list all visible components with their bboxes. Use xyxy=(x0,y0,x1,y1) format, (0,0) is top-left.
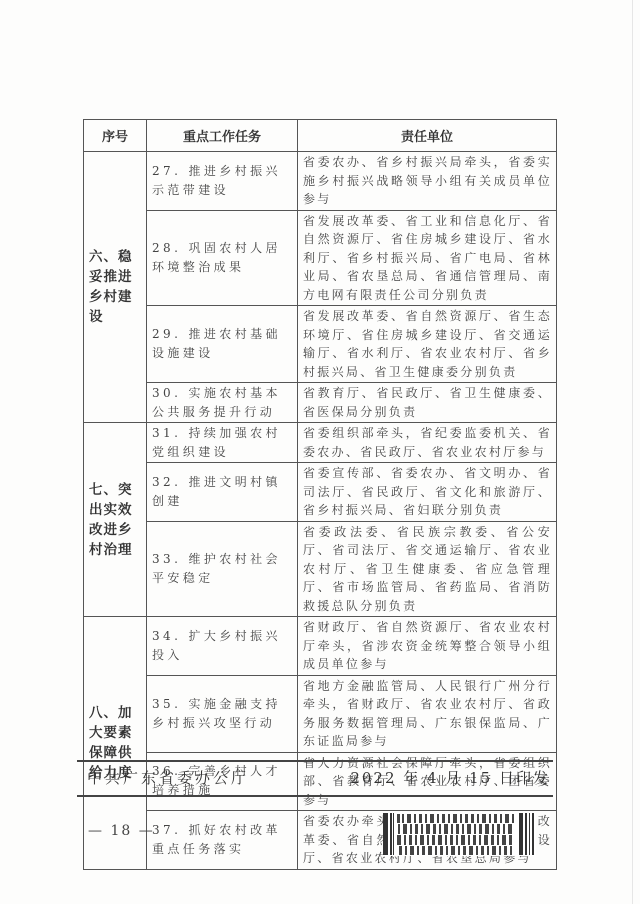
responsible-cell: 省发展改革委、省工业和信息化厅、省自然资源厅、省住房城乡建设厅、省水利厅、省乡村… xyxy=(298,210,557,306)
responsible-cell: 省委农办、省乡村振兴局牵头，省委实施乡村振兴战略领导小组有关成员单位参与 xyxy=(298,152,557,211)
task-cell: 30. 实施农村基本公共服务提升行动 xyxy=(147,383,298,423)
pdf417-barcode-icon xyxy=(383,812,536,856)
task-cell: 32. 推进文明村镇创建 xyxy=(147,463,298,522)
table-row: 33. 维护农村社会平安稳定 省委政法委、省民族宗教委、省公安厅、省司法厅、省交… xyxy=(84,521,557,617)
task-cell: 31. 持续加强农村党组织建设 xyxy=(147,423,298,463)
footer-bottom-rule xyxy=(77,795,553,797)
task-cell: 33. 维护农村社会平安稳定 xyxy=(147,521,298,617)
issue-date: 2022 年 4 月 15 日印发 xyxy=(350,767,550,788)
table-row: 八、加大要素保障供给力度 34. 扩大乡村振兴投入 省财政厅、省自然资源厅、省农… xyxy=(84,617,557,676)
task-cell: 28. 巩固农村人居环境整治成果 xyxy=(147,210,298,306)
task-cell: 27. 推进乡村振兴示范带建设 xyxy=(147,152,298,211)
responsible-cell: 省委政法委、省民族宗教委、省公安厅、省司法厅、省交通运输厅、省农业农村厅、省卫生… xyxy=(298,521,557,617)
responsible-cell: 省发展改革委、省自然资源厅、省生态环境厅、省住房城乡建设厅、省交通运输厅、省水利… xyxy=(298,306,557,383)
header-serial: 序号 xyxy=(84,120,147,152)
task-responsibility-table: 序号 重点工作任务 责任单位 六、稳妥推进乡村建设 27. 推进乡村振兴示范带建… xyxy=(83,119,557,870)
responsible-cell: 省财政厅、省自然资源厅、省农业农村厅牵头，省涉农资金统筹整合领导小组成员单位参与 xyxy=(298,617,557,676)
table-row: 六、稳妥推进乡村建设 27. 推进乡村振兴示范带建设 省委农办、省乡村振兴局牵头… xyxy=(84,152,557,211)
category-cell: 七、突出实效改进乡村治理 xyxy=(84,423,147,617)
page-number: — 18 — xyxy=(88,823,155,839)
table-row: 35. 实施金融支持乡村振兴攻坚行动 省地方金融监管局、人民银行广州分行牵头，省… xyxy=(84,675,557,752)
task-cell: 35. 实施金融支持乡村振兴攻坚行动 xyxy=(147,675,298,752)
page-edge xyxy=(632,0,633,904)
footer-top-rule xyxy=(77,760,553,762)
task-cell: 29. 推进农村基础设施建设 xyxy=(147,306,298,383)
table-header-row: 序号 重点工作任务 责任单位 xyxy=(84,120,557,152)
table-row: 七、突出实效改进乡村治理 31. 持续加强农村党组织建设 省委组织部牵头，省纪委… xyxy=(84,423,557,463)
responsible-cell: 省委宣传部、省委农办、省文明办、省司法厅、省民政厅、省文化和旅游厅、省乡村振兴局… xyxy=(298,463,557,522)
table-row: 32. 推进文明村镇创建 省委宣传部、省委农办、省文明办、省司法厅、省民政厅、省… xyxy=(84,463,557,522)
header-task: 重点工作任务 xyxy=(147,120,298,152)
category-cell: 六、稳妥推进乡村建设 xyxy=(84,152,147,423)
header-responsible: 责任单位 xyxy=(298,120,557,152)
task-cell: 37. 抓好农村改革重点任务落实 xyxy=(147,811,298,870)
issuer-name: 中共广东省委办公厅 xyxy=(87,767,249,788)
responsible-cell: 省教育厅、省民政厅、省卫生健康委、省医保局分别负责 xyxy=(298,383,557,423)
task-cell: 34. 扩大乡村振兴投入 xyxy=(147,617,298,676)
responsible-cell: 省委组织部牵头，省纪委监委机关、省委农办、省民政厅、省农业农村厅参与 xyxy=(298,423,557,463)
responsible-cell: 省地方金融监管局、人民银行广州分行牵头，省财政厅、省农业农村厅、省政务服务数据管… xyxy=(298,675,557,752)
table-row: 29. 推进农村基础设施建设 省发展改革委、省自然资源厅、省生态环境厅、省住房城… xyxy=(84,306,557,383)
table-row: 28. 巩固农村人居环境整治成果 省发展改革委、省工业和信息化厅、省自然资源厅、… xyxy=(84,210,557,306)
table-row: 30. 实施农村基本公共服务提升行动 省教育厅、省民政厅、省卫生健康委、省医保局… xyxy=(84,383,557,423)
